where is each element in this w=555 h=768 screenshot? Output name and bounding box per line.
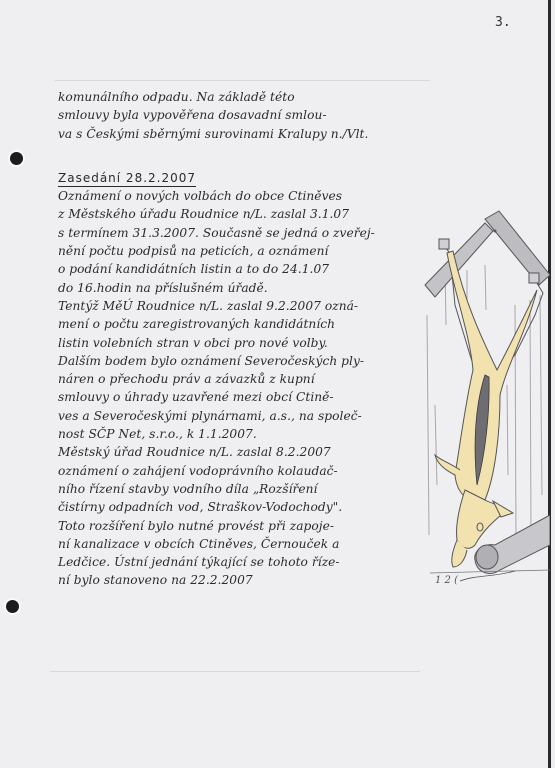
text-line: do 16.hodin na příslušném úřadě. <box>58 279 438 297</box>
text-line: smlouvy o úhrady uzavřené mezi obcí Ctin… <box>58 388 438 406</box>
page-number: 3. <box>495 15 511 30</box>
text-line: Toto rozšíření bylo nutné provést při za… <box>58 517 438 535</box>
text-line: va s Českými sběrnými surovinami Kralupy… <box>58 125 438 143</box>
frame-top-line <box>55 80 430 81</box>
text-line: Dalším bodem bylo oznámení Severočeských… <box>58 352 438 370</box>
paragraph-gap <box>58 143 438 169</box>
text-line: ní bylo stanoveno na 22.2.2007 <box>58 571 438 589</box>
artist-signature: 1 2 ( <box>435 575 459 585</box>
handwritten-text: komunálního odpadu. Na základě této smlo… <box>58 88 438 590</box>
punch-hole-top <box>10 152 23 165</box>
text-line: čistírny odpadních vod, Straškov-Vodocho… <box>58 498 438 516</box>
punch-hole-bottom <box>6 600 19 613</box>
text-line: ní kanalizace v obcích Ctiněves, Černouč… <box>58 535 438 553</box>
text-line: komunálního odpadu. Na základě této <box>58 88 438 106</box>
text-line: oznámení o zahájení vodoprávního kolauda… <box>58 462 438 480</box>
text-line: ves a Severočeskými plynárnami, a.s., na… <box>58 407 438 425</box>
meeting-heading-row: Zasedání 28.2.2007 <box>58 169 438 187</box>
text-line: Oznámení o nových volbách do obce Ctiněv… <box>58 187 438 205</box>
text-line: Ledčice. Ústní jednání týkající se tohot… <box>58 553 438 571</box>
text-line: o podání kandidátních listin a to do 24.… <box>58 260 438 278</box>
meeting-heading: Zasedání 28.2.2007 <box>58 171 196 187</box>
frame-bottom-line <box>50 671 420 672</box>
text-line: ního řízení stavby vodního díla „Rozšíře… <box>58 480 438 498</box>
text-line: nění počtu podpisů na peticích, a oznáme… <box>58 242 438 260</box>
text-line: nost SČP Net, s.r.o., k 1.1.2007. <box>58 425 438 443</box>
text-line: s termínem 31.3.2007. Současně se jedná … <box>58 224 438 242</box>
hanging-deer-drawing: 1 2 ( <box>415 205 550 585</box>
text-line: z Městského úřadu Roudnice n/L. zaslal 3… <box>58 205 438 223</box>
document-page: 3. komunálního odpadu. Na základě této s… <box>0 0 551 768</box>
text-line: smlouvy byla vypověřena dosavadní smlou- <box>58 106 438 124</box>
text-line: Městský úřad Roudnice n/L. zaslal 8.2.20… <box>58 443 438 461</box>
text-line: listin volebních stran v obci pro nové v… <box>58 334 438 352</box>
text-line: Tentýž MěÚ Roudnice n/L. zaslal 9.2.2007… <box>58 297 438 315</box>
text-line: náren o přechodu práv a závazků z kupní <box>58 370 438 388</box>
text-line: mení o počtu zaregistrovaných kandidátní… <box>58 315 438 333</box>
